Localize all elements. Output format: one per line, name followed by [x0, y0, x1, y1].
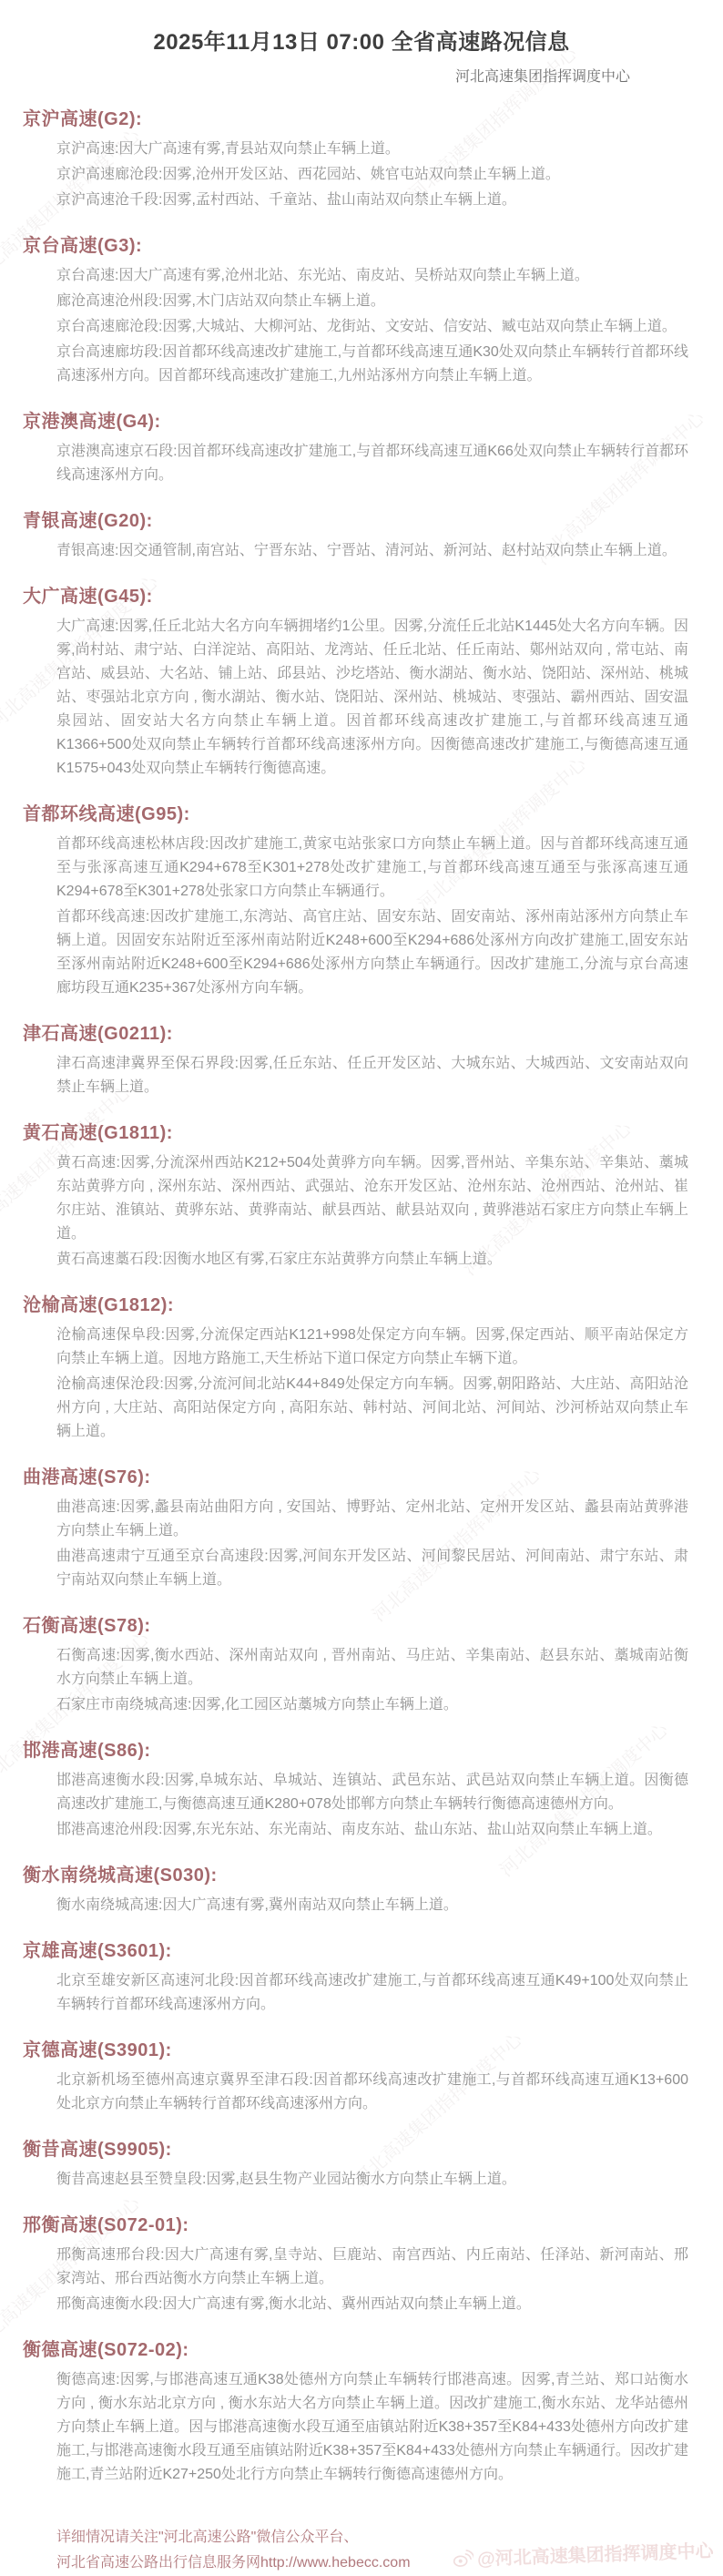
section-heading: 黄石高速(G1811): [0, 1118, 723, 1144]
road-status-paragraph: 京台高速廊坊段:因首都环线高速改扩建施工,与首都环线高速互通K30处双向禁止车辆… [0, 341, 723, 388]
road-section: 衡水南绕城高速(S030): 衡水南绕城高速:因大广高速有雾,冀州南站双向禁止车… [0, 1860, 723, 1917]
road-status-paragraph: 黄石高速:因雾,分流深州西站K212+504处黄骅方向车辆。因雾,晋州站、辛集东… [0, 1151, 723, 1246]
road-section: 京沪高速(G2): 京沪高速:因大广高速有雾,青县站双向禁止车辆上道。京沪高速廊… [0, 104, 723, 212]
section-heading: 曲港高速(S76): [0, 1462, 723, 1488]
road-status-paragraph: 北京新机场至德州高速京冀界至津石段:因首都环线高速改扩建施工,与首都环线高速互通… [0, 2069, 723, 2116]
section-heading: 石衡高速(S78): [0, 1610, 723, 1637]
road-status-paragraph: 邯港高速衡水段:因雾,阜城东站、阜城站、连镇站、武邑东站、武邑站双向禁止车辆上道… [0, 1769, 723, 1816]
road-section: 京台高速(G3): 京台高速:因大广高速有雾,沧州北站、东光站、南皮站、吴桥站双… [0, 230, 723, 388]
section-heading: 津石高速(G0211): [0, 1018, 723, 1045]
sections-container: 京沪高速(G2): 京沪高速:因大广高速有雾,青县站双向禁止车辆上道。京沪高速廊… [0, 104, 723, 2487]
road-status-paragraph: 黄石高速藁石段:因衡水地区有雾,石家庄东站黄骅方向禁止车辆上道。 [0, 1248, 723, 1272]
road-status-paragraph: 石家庄市南绕城高速:因雾,化工园区站藁城方向禁止车辆上道。 [0, 1693, 723, 1717]
issuer-line: 河北高速集团指挥调度中心 [0, 65, 723, 86]
section-heading: 京雄高速(S3601): [0, 1936, 723, 1962]
road-section: 京德高速(S3901): 北京新机场至德州高速京冀界至津石段:因首都环线高速改扩… [0, 2035, 723, 2116]
section-heading: 京台高速(G3): [0, 230, 723, 257]
road-section: 首都环线高速(G95): 首都环线高速松林店段:因改扩建施工,黄家屯站张家口方向… [0, 799, 723, 1000]
road-status-paragraph: 津石高速津冀界至保石界段:因雾,任丘东站、任丘开发区站、大城东站、大城西站、文安… [0, 1052, 723, 1099]
road-section: 邯港高速(S86): 邯港高速衡水段:因雾,阜城东站、阜城站、连镇站、武邑东站、… [0, 1735, 723, 1842]
section-heading: 京德高速(S3901): [0, 2035, 723, 2061]
road-status-paragraph: 邢衡高速邢台段:因大广高速有雾,皇寺站、巨鹿站、南宫西站、内丘南站、任泽站、新河… [0, 2244, 723, 2291]
section-heading: 衡昔高速(S9905): [0, 2134, 723, 2161]
road-status-paragraph: 曲港高速:因雾,蠡县南站曲阳方向 , 安国站、博野站、定州北站、定州开发区站、蠡… [0, 1496, 723, 1543]
section-heading: 邢衡高速(S072-01): [0, 2210, 723, 2236]
road-section: 曲港高速(S76): 曲港高速:因雾,蠡县南站曲阳方向 , 安国站、博野站、定州… [0, 1462, 723, 1592]
road-status-paragraph: 京港澳高速京石段:因首都环线高速改扩建施工,与首都环线高速互通K66处双向禁止车… [0, 440, 723, 487]
road-section: 黄石高速(G1811): 黄石高速:因雾,分流深州西站K212+504处黄骅方向… [0, 1118, 723, 1272]
road-status-paragraph: 京沪高速廊沧段:因雾,沧州开发区站、西花园站、姚官屯站双向禁止车辆上道。 [0, 163, 723, 187]
section-heading: 邯港高速(S86): [0, 1735, 723, 1762]
road-status-paragraph: 沧榆高速保阜段:因雾,分流保定西站K121+998处保定方向车辆。因雾,保定西站… [0, 1324, 723, 1371]
road-status-paragraph: 京沪高速:因大广高速有雾,青县站双向禁止车辆上道。 [0, 138, 723, 161]
road-status-paragraph: 京台高速廊沧段:因雾,大城站、大柳河站、龙街站、文安站、信安站、臧屯站双向禁止车… [0, 315, 723, 339]
section-heading: 首都环线高速(G95): [0, 799, 723, 825]
road-status-paragraph: 石衡高速:因雾,衡水西站、深州南站双向 , 晋州南站、马庄站、辛集南站、赵县东站… [0, 1644, 723, 1692]
road-section: 衡德高速(S072-02): 衡德高速:因雾,与邯港高速互通K38处德州方向禁止… [0, 2335, 723, 2487]
road-status-paragraph: 首都环线高速:因改扩建施工,东湾站、高官庄站、固安东站、固安南站、涿州南站涿州方… [0, 905, 723, 1000]
road-status-paragraph: 衡德高速:因雾,与邯港高速互通K38处德州方向禁止车辆转行邯港高速。因雾,青兰站… [0, 2368, 723, 2487]
weibo-icon [452, 2547, 474, 2570]
section-heading: 青银高速(G20): [0, 506, 723, 532]
section-heading: 京沪高速(G2): [0, 104, 723, 130]
road-status-paragraph: 廊沧高速沧州段:因雾,木门店站双向禁止车辆上道。 [0, 290, 723, 313]
road-section: 沧榆高速(G1812): 沧榆高速保阜段:因雾,分流保定西站K121+998处保… [0, 1290, 723, 1444]
page-title: 2025年11月13日 07:00 全省高速路况信息 [0, 0, 723, 56]
section-heading: 衡水南绕城高速(S030): [0, 1860, 723, 1886]
road-status-paragraph: 衡昔高速赵县至赞皇段:因雾,赵县生物产业园站衡水方向禁止车辆上道。 [0, 2168, 723, 2192]
section-heading: 大广高速(G45): [0, 581, 723, 608]
road-status-paragraph: 邢衡高速衡水段:因大广高速有雾,衡水北站、冀州西站双向禁止车辆上道。 [0, 2293, 723, 2316]
road-status-paragraph: 曲港高速肃宁互通至京台高速段:因雾,河间东开发区站、河间黎民居站、河间南站、肃宁… [0, 1545, 723, 1592]
section-heading: 京港澳高速(G4): [0, 406, 723, 433]
road-status-paragraph: 京台高速:因大广高速有雾,沧州北站、东光站、南皮站、吴桥站双向禁止车辆上道。 [0, 264, 723, 288]
section-heading: 衡德高速(S072-02): [0, 2335, 723, 2361]
bulletin-page: 河北高速集团指挥调度中心 河北高速集团指挥调度中心 河北高速集团指挥调度中心 河… [0, 0, 723, 2576]
road-section: 京港澳高速(G4): 京港澳高速京石段:因首都环线高速改扩建施工,与首都环线高速… [0, 406, 723, 487]
road-status-paragraph: 北京至雄安新区高速河北段:因首都环线高速改扩建施工,与首都环线高速互通K49+1… [0, 1969, 723, 2017]
section-heading: 沧榆高速(G1812): [0, 1290, 723, 1316]
road-status-paragraph: 邯港高速沧州段:因雾,东光东站、东光南站、南皮东站、盐山东站、盐山站双向禁止车辆… [0, 1818, 723, 1842]
road-section: 京雄高速(S3601): 北京至雄安新区高速河北段:因首都环线高速改扩建施工,与… [0, 1936, 723, 2017]
road-status-paragraph: 青银高速:因交通管制,南宫站、宁晋东站、宁晋站、清河站、新河站、赵村站双向禁止车… [0, 539, 723, 563]
road-status-paragraph: 大广高速:因雾,任丘北站大名方向车辆拥堵约1公里。因雾,分流任丘北站K1445处… [0, 615, 723, 781]
road-section: 衡昔高速(S9905): 衡昔高速赵县至赞皇段:因雾,赵县生物产业园站衡水方向禁… [0, 2134, 723, 2192]
road-section: 大广高速(G45): 大广高速:因雾,任丘北站大名方向车辆拥堵约1公里。因雾,分… [0, 581, 723, 781]
road-section: 青银高速(G20): 青银高速:因交通管制,南宫站、宁晋东站、宁晋站、清河站、新… [0, 506, 723, 563]
road-section: 邢衡高速(S072-01): 邢衡高速邢台段:因大广高速有雾,皇寺站、巨鹿站、南… [0, 2210, 723, 2316]
road-status-paragraph: 沧榆高速保沧段:因雾,分流河间北站K44+849处保定方向车辆。因雾,朝阳路站、… [0, 1373, 723, 1444]
road-status-paragraph: 京沪高速沧千段:因雾,孟村西站、千童站、盐山南站双向禁止车辆上道。 [0, 189, 723, 212]
road-section: 石衡高速(S78): 石衡高速:因雾,衡水西站、深州南站双向 , 晋州南站、马庄… [0, 1610, 723, 1717]
road-status-paragraph: 衡水南绕城高速:因大广高速有雾,冀州南站双向禁止车辆上道。 [0, 1894, 723, 1917]
road-status-paragraph: 首都环线高速松林店段:因改扩建施工,黄家屯站张家口方向禁止车辆上道。因与首都环线… [0, 833, 723, 904]
road-section: 津石高速(G0211): 津石高速津冀界至保石界段:因雾,任丘东站、任丘开发区站… [0, 1018, 723, 1099]
